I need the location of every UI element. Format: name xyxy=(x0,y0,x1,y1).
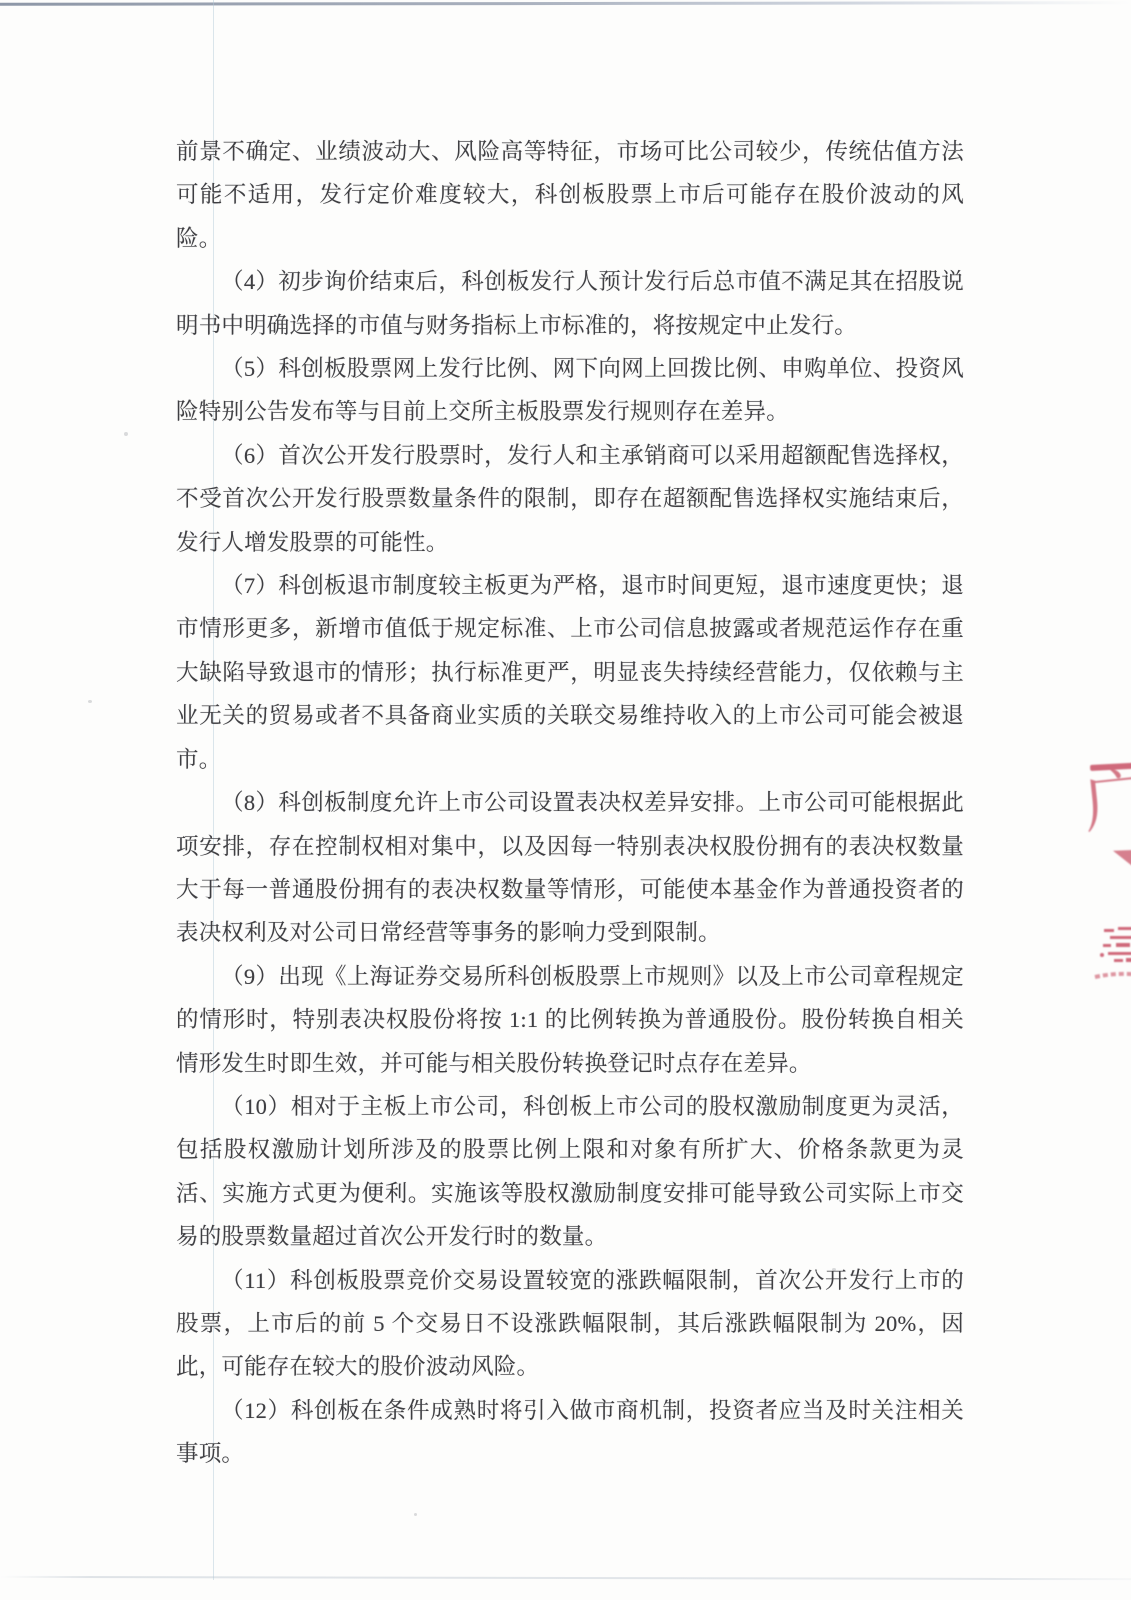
paragraph-item-9: （9）出现《上海证券交易所科创板股票上市规则》以及上市公司章程规定的情形时，特别… xyxy=(176,955,964,1085)
paragraph-item-11: （11）科创板股票竞价交易设置较宽的涨跌幅限制，首次公开发行上市的股票，上市后的… xyxy=(176,1259,964,1389)
document-body-text: 前景不确定、业绩波动大、风险高等特征，市场可比公司较少，传统估值方法可能不适用，… xyxy=(176,130,964,1476)
stamp-character: 广 xyxy=(1080,762,1131,841)
stamp-star-icon xyxy=(1113,808,1131,920)
scan-edge-bottom-line xyxy=(0,1576,1131,1580)
scan-speck xyxy=(414,1513,417,1516)
official-seal-stamp: 广 xyxy=(1040,715,1131,1015)
stamp-bottom-arc xyxy=(1095,974,1131,977)
paragraph-item-8: （8）科创板制度允许上市公司设置表决权差异安排。上市公司可能根据此项安排，存在控… xyxy=(176,781,964,955)
paragraph-item-10: （10）相对于主板上市公司，科创板上市公司的股权激励制度更为灵活，包括股权激励计… xyxy=(176,1085,964,1259)
stamp-character-top-stroke xyxy=(1090,760,1131,771)
scan-speck xyxy=(88,700,92,703)
scanned-document-page: 前景不确定、业绩波动大、风险高等特征，市场可比公司较少，传统估值方法可能不适用，… xyxy=(0,0,1131,1600)
paragraph-continuation: 前景不确定、业绩波动大、风险高等特征，市场可比公司较少，传统估值方法可能不适用，… xyxy=(176,130,964,260)
paragraph-item-12: （12）科创板在条件成熟时将引入做市商机制，投资者应当及时关注相关事项。 xyxy=(176,1389,964,1476)
scan-edge-top-line xyxy=(0,1,1131,6)
paragraph-item-6: （6）首次公开发行股票时，发行人和主承销商可以采用超额配售选择权，不受首次公开发… xyxy=(176,434,964,564)
paragraph-item-5: （5）科创板股票网上发行比例、网下向网上回拨比例、申购单位、投资风险特别公告发布… xyxy=(176,347,964,434)
paragraph-item-4: （4）初步询价结束后，科创板发行人预计发行后总市值不满足其在招股说明书中明确选择… xyxy=(176,260,964,347)
paragraph-item-7: （7）科创板退市制度较主板更为严格，退市时间更短，退市速度更快；退市情形更多，新… xyxy=(176,564,964,781)
stamp-illegible-character xyxy=(1100,927,1131,962)
scan-speck xyxy=(124,432,128,436)
